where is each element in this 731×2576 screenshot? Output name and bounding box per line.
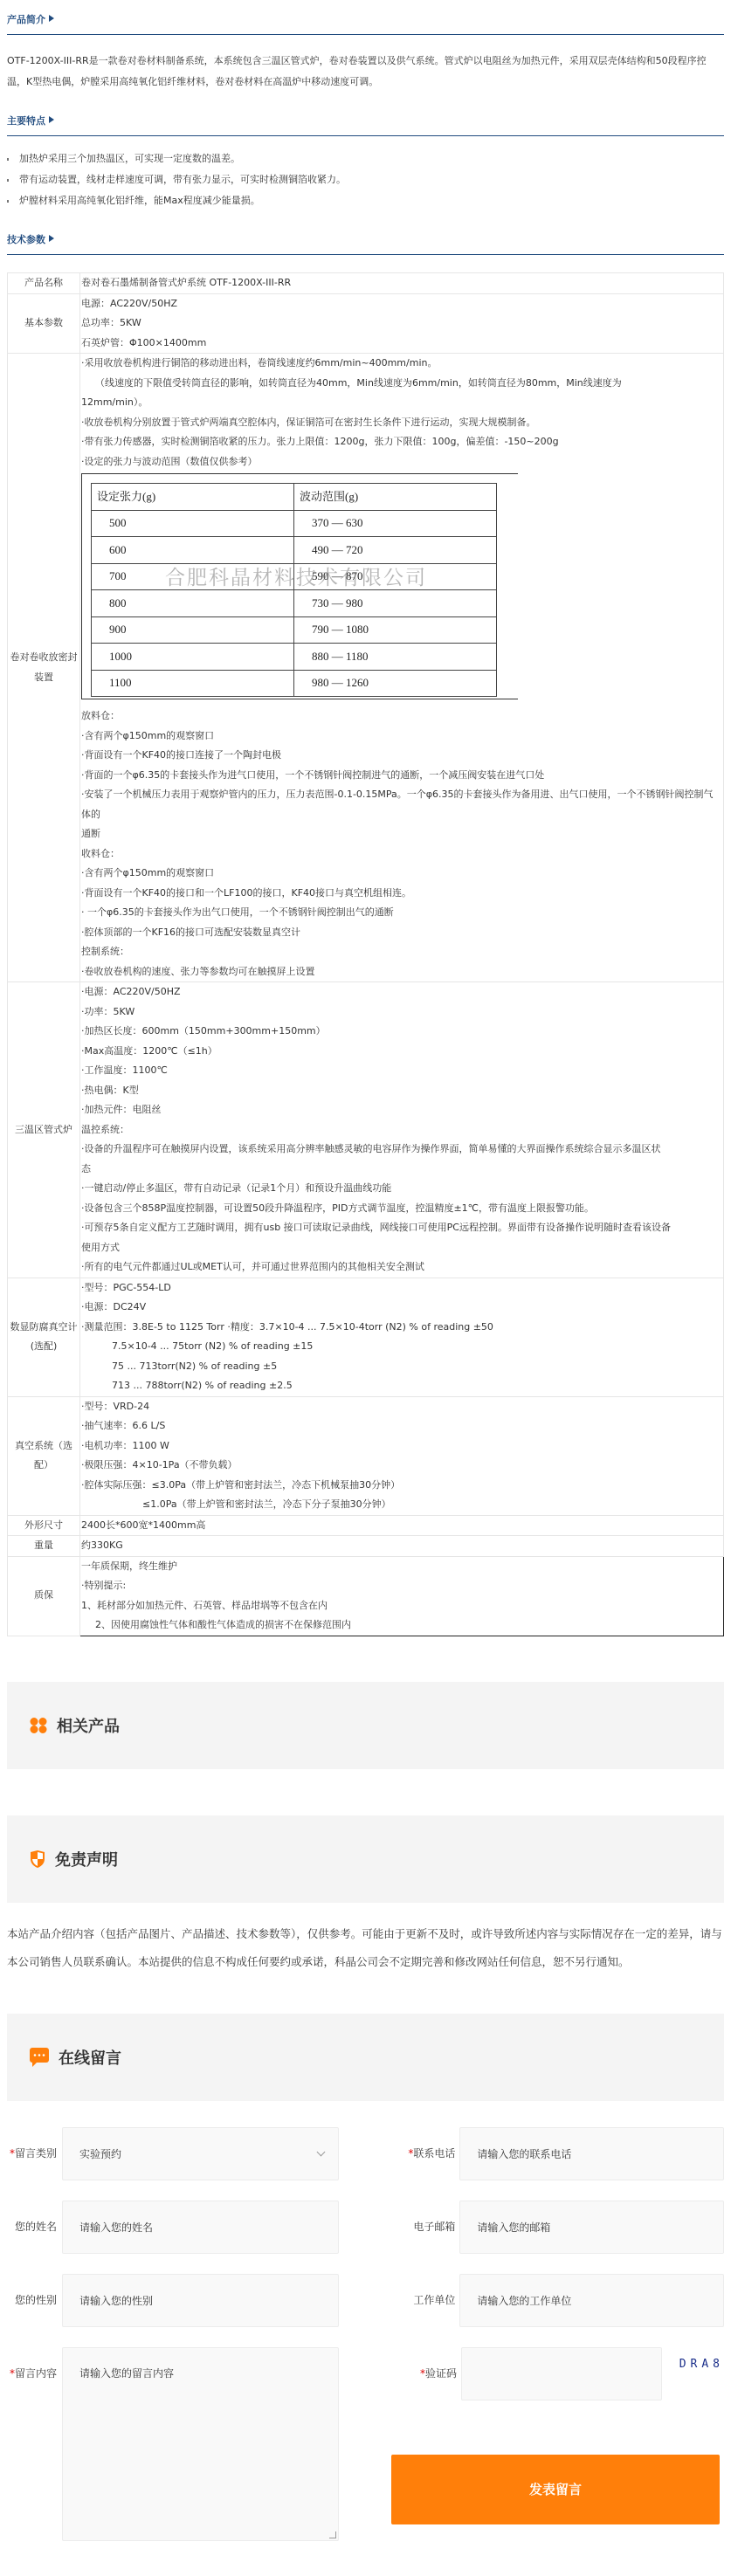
spec-label: 卷对卷收放密封装置 xyxy=(8,354,80,982)
spec-line: 放料仓： xyxy=(81,706,722,727)
spec-line: ·腔体实际压强：≤3.0Pa（带上炉管和密封法兰，冷态下机械泵抽30分钟） xyxy=(81,1476,722,1496)
list-item: 加热炉采用三个加热温区，可实现一定度数的温差。 xyxy=(7,148,724,169)
spec-line: 使用方式 xyxy=(81,1238,722,1258)
captcha-label: *验证码 xyxy=(393,2347,461,2400)
placeholder: 请输入您的留言内容 xyxy=(79,2367,174,2380)
spec-line: ·带有张力传感器，实时检测铜箔收紧的压力。张力上限值：1200g，张力下限值：1… xyxy=(81,432,722,452)
spec-line: 电源：AC220V/50HZ xyxy=(81,294,722,314)
list-item: 炉膛材料采用高纯氧化铝纤维，能Max程度减少能量损。 xyxy=(7,190,724,211)
intro-text: OTF-1200X-III-RR是一款卷对卷材料制备系统，本系统包含三温区管式炉… xyxy=(7,35,724,101)
section-title: 主要特点 xyxy=(7,114,45,127)
label-text: 留言内容 xyxy=(15,2367,57,2380)
category-select[interactable]: 实验预约 xyxy=(62,2127,339,2180)
spec-line: ·背面设有一个KF40的接口和一个LF100的接口，KF40接口与真空机组相连。 xyxy=(81,884,722,904)
spec-line: 713 ... 788torr(N2) % of reading ±2.5 xyxy=(81,1376,722,1396)
spec-line: 收料仓： xyxy=(81,844,722,864)
spec-line: ·可预存5条自定义配方工艺随时调用，拥有usb 接口可读取记录曲线，网线接口可使… xyxy=(81,1218,722,1238)
spec-value: ·采用收放卷机构进行铜箔的移动进出料，卷筒线速度约6mm/min~400mm/m… xyxy=(80,354,724,982)
name-input[interactable]: 请输入您的姓名 xyxy=(62,2201,339,2254)
spec-label: 数显防腐真空计 (选配) xyxy=(8,1278,80,1396)
form-row-category: *留言类别 实验预约 xyxy=(7,2127,339,2180)
spec-line: ·电机功率：1100 W xyxy=(81,1436,722,1457)
spec-line: ·含有两个φ150mm的观察窗口 xyxy=(81,864,722,884)
spec-line: 总功率：5KW xyxy=(81,313,722,334)
triangle-right-icon xyxy=(49,15,54,22)
table-row: 800730 — 980 xyxy=(92,590,497,617)
spec-line: ·设备包含三个858P温度控制器，可设置50段升降温程序，PID方式调节温度，控… xyxy=(81,1199,722,1219)
section-title: 在线留言 xyxy=(59,2046,121,2069)
table-row: 数显防腐真空计 (选配) ·型号：PGC-554-LD ·电源：DC24V ·测… xyxy=(8,1278,724,1396)
spec-value: ·型号：VRD-24 ·抽气速率：6.6 L/S ·电机功率：1100 W ·极… xyxy=(80,1396,724,1515)
table-row: 600490 — 720 xyxy=(92,537,497,564)
cell: 590 — 870 xyxy=(294,563,497,590)
column-header: 设定张力(g) xyxy=(92,484,294,511)
resize-handle-icon[interactable] xyxy=(329,2531,336,2538)
section-title: 免责声明 xyxy=(55,1848,118,1870)
spec-line: ·极限压强：4×10-1Pa（不带负载） xyxy=(81,1456,722,1476)
spec-line: ·型号：VRD-24 xyxy=(81,1397,722,1417)
table-header-row: 设定张力(g) 波动范围(g) xyxy=(92,484,497,511)
spec-line: ·功率：5KW xyxy=(81,1002,722,1023)
spec-label: 三温区管式炉 xyxy=(8,982,80,1278)
spec-line: ·腔体顶部的一个KF16的接口可选配安装数显真空计 xyxy=(81,923,722,943)
shield-icon xyxy=(30,1849,45,1869)
cell: 1100 xyxy=(92,670,294,697)
table-row: 500370 — 630 xyxy=(92,510,497,537)
cell: 490 — 720 xyxy=(294,537,497,564)
spec-table: 产品名称 卷对卷石墨烯制备管式炉系统 OTF-1200X-III-RR 基本参数… xyxy=(7,272,724,1636)
label-text: 验证码 xyxy=(425,2367,457,2380)
cell: 500 xyxy=(92,510,294,537)
placeholder: 请输入您的工作单位 xyxy=(477,2293,571,2308)
section-title: 相关产品 xyxy=(57,1714,120,1737)
gender-label: 您的性别 xyxy=(7,2274,62,2326)
spec-line: ·卷收放卷机构的速度、张力等参数均可在触摸屏上设置 xyxy=(81,962,722,982)
phone-label: *联系电话 xyxy=(393,2127,459,2180)
spec-line: ·含有两个φ150mm的观察窗口 xyxy=(81,727,722,747)
spec-value: ·电源：AC220V/50HZ ·功率：5KW ·加热区长度：600mm（150… xyxy=(80,982,724,1278)
section-title: 产品简介 xyxy=(7,12,45,26)
form-row-phone: *联系电话 请输入您的联系电话 xyxy=(339,2127,724,2180)
table-row: 真空系统（选配） ·型号：VRD-24 ·抽气速率：6.6 L/S ·电机功率：… xyxy=(8,1396,724,1515)
table-row: 三温区管式炉 ·电源：AC220V/50HZ ·功率：5KW ·加热区长度：60… xyxy=(8,982,724,1278)
category-label: *留言类别 xyxy=(7,2127,62,2180)
placeholder: 请输入您的邮箱 xyxy=(477,2220,550,2235)
form-row-email: 电子邮箱 请输入您的邮箱 xyxy=(339,2201,724,2254)
spec-line: ·电源：AC220V/50HZ xyxy=(81,982,722,1002)
cell: 880 — 1180 xyxy=(294,644,497,671)
spec-line: 12mm/min）。 xyxy=(81,393,722,413)
form-row-captcha: *验证码 DRA8 xyxy=(393,2347,724,2400)
tension-table: 设定张力(g) 波动范围(g) 500370 — 630 600490 — 72… xyxy=(91,483,497,697)
captcha-input[interactable] xyxy=(461,2347,662,2400)
cell: 1000 xyxy=(92,644,294,671)
message-header: 在线留言 xyxy=(7,2014,724,2101)
chat-bubble-icon xyxy=(30,2048,49,2067)
spec-line: 态 xyxy=(81,1160,722,1180)
spec-line: 75 ... 713torr(N2) % of reading ±5 xyxy=(81,1357,722,1377)
spec-line: ·背面设有一个KF40的接口连接了一个陶封电极 xyxy=(81,746,722,766)
spec-value: 一年质保期，终生维护 ·特别提示: 1、耗材部分如加热元件、石英管、样品坩埚等不… xyxy=(80,1556,724,1636)
table-row: 外形尺寸 2400长*600宽*1400mm高 xyxy=(8,1515,724,1536)
cell: 800 xyxy=(92,590,294,617)
section-header-features: 主要特点 xyxy=(7,101,724,136)
message-form: *留言类别 实验预约 *联系电话 请输入您的联系电话 您的姓名 请输入您的姓名 … xyxy=(7,2127,724,2541)
spec-line: ·特别提示: xyxy=(81,1576,722,1596)
spec-value: 约330KG xyxy=(80,1536,724,1557)
table-row: 产品名称 卷对卷石墨烯制备管式炉系统 OTF-1200X-III-RR xyxy=(8,273,724,294)
spec-line: 7.5×10-4 ... 75torr (N2) % of reading ±1… xyxy=(81,1337,722,1357)
company-label: 工作单位 xyxy=(393,2274,459,2326)
cell: 790 — 1080 xyxy=(294,616,497,644)
spec-line: ·热电偶：K型 xyxy=(81,1081,722,1101)
spec-line: ·电源：DC24V xyxy=(81,1298,722,1318)
spec-line: 石英炉管：Φ100×1400mm xyxy=(81,334,722,354)
company-input[interactable]: 请输入您的工作单位 xyxy=(459,2274,724,2327)
spec-line: ·收放卷机构分别放置于管式炉两端真空腔体内，保证铜箔可在密封生长条件下进行运动，… xyxy=(81,413,722,433)
spec-line: ·抽气速率：6.6 L/S xyxy=(81,1416,722,1436)
placeholder: 请输入您的联系电话 xyxy=(477,2146,571,2161)
table-row: 900790 — 1080 xyxy=(92,616,497,644)
page: 产品简介 OTF-1200X-III-RR是一款卷对卷材料制备系统，本系统包含三… xyxy=(0,0,731,2576)
captcha-image[interactable]: DRA8 xyxy=(679,2358,724,2371)
features-list: 加热炉采用三个加热温区，可实现一定度数的温差。 带有运动装置，线材走样速度可调，… xyxy=(7,136,724,220)
phone-input[interactable]: 请输入您的联系电话 xyxy=(459,2127,724,2180)
chevron-down-icon xyxy=(317,2147,326,2156)
spec-line: ·设定的张力与波动范围（数值仅供参考） xyxy=(81,452,722,472)
spec-line: 控制系统： xyxy=(81,942,722,962)
spec-label: 产品名称 xyxy=(8,273,80,294)
spec-line: 一年质保期，终生维护 xyxy=(81,1557,722,1577)
form-row-name: 您的姓名 请输入您的姓名 xyxy=(7,2201,339,2254)
spec-line: ·安装了一个机械压力表用于观察炉管内的压力，压力表范围-0.1-0.15MPa。… xyxy=(81,785,722,824)
form-row-gender: 您的性别 请输入您的性别 xyxy=(7,2274,339,2327)
triangle-right-icon xyxy=(49,235,54,242)
related-products-header: 相关产品 xyxy=(7,1682,724,1769)
tension-table-image: 设定张力(g) 波动范围(g) 500370 — 630 600490 — 72… xyxy=(81,473,518,699)
table-row: 700590 — 870 xyxy=(92,563,497,590)
spec-line: 1、耗材部分如加热元件、石英管、样品坩埚等不包含在内 xyxy=(81,1596,722,1616)
clover-icon xyxy=(30,1717,47,1734)
table-row: 1100980 — 1260 xyxy=(92,670,497,697)
table-row: 重量 约330KG xyxy=(8,1536,724,1557)
column-header: 波动范围(g) xyxy=(294,484,497,511)
spec-line: 2、因使用腐蚀性气体和酸性气体造成的损害不在保修范围内 xyxy=(81,1615,722,1636)
spec-line: ≤1.0Pa（带上炉管和密封法兰，冷态下分子泵抽30分钟） xyxy=(81,1495,722,1515)
spec-line: ·背面的一个φ6.35的卡套接头作为进气口使用，一个不锈钢针阀控制进气的通断，一… xyxy=(81,766,722,786)
content-textarea[interactable]: 请输入您的留言内容 xyxy=(62,2347,339,2541)
spec-label: 基本参数 xyxy=(8,293,80,354)
label-text: 联系电话 xyxy=(413,2147,455,2159)
section-title: 技术参数 xyxy=(7,232,45,246)
spec-label: 真空系统（选配） xyxy=(8,1396,80,1515)
spec-value: 电源：AC220V/50HZ 总功率：5KW 石英炉管：Φ100×1400mm xyxy=(80,293,724,354)
placeholder: 请输入您的性别 xyxy=(79,2293,153,2308)
table-row: 质保 一年质保期，终生维护 ·特别提示: 1、耗材部分如加热元件、石英管、样品坩… xyxy=(8,1556,724,1636)
name-label: 您的姓名 xyxy=(7,2201,62,2253)
cell: 600 xyxy=(92,537,294,564)
spec-line: ·加热元件：电阻丝 xyxy=(81,1100,722,1120)
spec-line: · 一个φ6.35的卡套接头作为出气口使用，一个不锈钢针阀控制出气的通断 xyxy=(81,903,722,923)
cell: 370 — 630 xyxy=(294,510,497,537)
form-row-company: 工作单位 请输入您的工作单位 xyxy=(339,2274,724,2327)
spec-line: ·Max高温度：1200℃（≤1h） xyxy=(81,1042,722,1062)
form-row-content: *留言内容 请输入您的留言内容 xyxy=(7,2347,339,2541)
spec-value: 2400长*600宽*1400mm高 xyxy=(80,1515,724,1536)
cell: 980 — 1260 xyxy=(294,670,497,697)
spec-line: ·型号：PGC-554-LD xyxy=(81,1278,722,1298)
disclaimer-header: 免责声明 xyxy=(7,1815,724,1903)
spec-label: 外形尺寸 xyxy=(8,1515,80,1536)
spec-line: ·设备的升温程序可在触摸屏内设置，该系统采用高分辨率触感灵敏的电容屏作为操作界面… xyxy=(81,1140,722,1160)
spec-line: ·加热区长度：600mm（150mm+300mm+150mm） xyxy=(81,1022,722,1042)
email-input[interactable]: 请输入您的邮箱 xyxy=(459,2201,724,2254)
spec-line: 通断 xyxy=(81,824,722,844)
disclaimer-text: 本站产品介绍内容（包括产品图片、产品描述、技术参数等），仅供参考。可能由于更新不… xyxy=(7,1903,724,1976)
spec-line: ·一键启动/停止多温区，带有自动记录（记录1个月）和预设升温曲线功能 xyxy=(81,1179,722,1199)
cell: 900 xyxy=(92,616,294,644)
selected-value: 实验预约 xyxy=(79,2146,121,2161)
spec-value: 卷对卷石墨烯制备管式炉系统 OTF-1200X-III-RR xyxy=(80,273,724,294)
spec-line: ·工作温度：1100℃ xyxy=(81,1061,722,1081)
label-text: 留言类别 xyxy=(15,2147,57,2159)
section-header-intro: 产品简介 xyxy=(7,0,724,35)
table-row: 基本参数 电源：AC220V/50HZ 总功率：5KW 石英炉管：Φ100×14… xyxy=(8,293,724,354)
submit-message-button[interactable]: 发表留言 xyxy=(391,2455,720,2524)
table-row: 1000880 — 1180 xyxy=(92,644,497,671)
placeholder: 请输入您的姓名 xyxy=(79,2220,153,2235)
cell: 730 — 980 xyxy=(294,590,497,617)
cell: 700 xyxy=(92,563,294,590)
bottom-spacer xyxy=(7,2541,724,2576)
table-row: 卷对卷收放密封装置 ·采用收放卷机构进行铜箔的移动进出料，卷筒线速度约6mm/m… xyxy=(8,354,724,982)
spec-label: 质保 xyxy=(8,1556,80,1636)
gender-input[interactable]: 请输入您的性别 xyxy=(62,2274,339,2327)
spec-line: ·测量范围：3.8E-5 to 1125 Torr ·精度：3.7×10-4 .… xyxy=(81,1318,722,1338)
email-label: 电子邮箱 xyxy=(393,2201,459,2253)
list-item: 带有运动装置，线材走样速度可调，带有张力显示，可实时检测铜箔收紧力。 xyxy=(7,169,724,190)
spec-line: ·所有的电气元件都通过UL或MET认可，并可通过世界范围内的其他相关安全测试 xyxy=(81,1257,722,1278)
form-col-captcha: *验证码 DRA8 发表留言 xyxy=(339,2347,724,2541)
spec-value: ·型号：PGC-554-LD ·电源：DC24V ·测量范围：3.8E-5 to… xyxy=(80,1278,724,1396)
triangle-right-icon xyxy=(49,116,54,123)
section-header-specs: 技术参数 xyxy=(7,220,724,255)
spec-line: （线速度的下限值受转筒直径的影响，如转筒直径为40mm，Min线速度为6mm/m… xyxy=(81,374,722,394)
spec-line: 温控系统： xyxy=(81,1120,722,1140)
content-label: *留言内容 xyxy=(7,2347,62,2400)
spec-line: ·采用收放卷机构进行铜箔的移动进出料，卷筒线速度约6mm/min~400mm/m… xyxy=(81,354,722,374)
spec-label: 重量 xyxy=(8,1536,80,1557)
